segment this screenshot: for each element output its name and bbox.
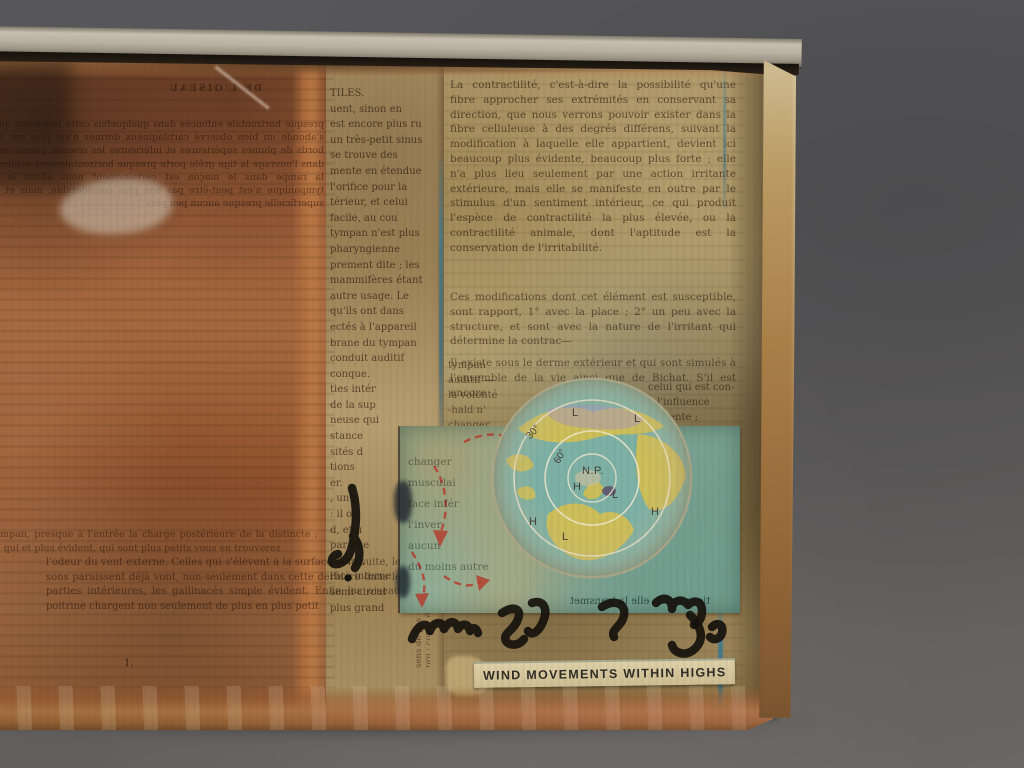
north-pole-label: N.P. <box>582 465 604 477</box>
newsprint-modifications-paragraph: Ces modifications dont cet élément est s… <box>450 290 736 352</box>
polar-projection-map: 30° 60° N.P. L L H L H H L <box>488 374 696 582</box>
pressure-mark-H: H <box>651 506 659 518</box>
signature-stroke <box>502 609 524 645</box>
blue-paint-line-right <box>723 68 726 208</box>
photo-of-collage-artwork: DE L'OISEAU FRAGMENS · DANS presque hori… <box>0 0 1024 768</box>
signature-stroke <box>602 603 624 637</box>
pressure-mark-L: L <box>572 407 578 419</box>
caption-text: WIND MOVEMENTS WITHIN HIGHS <box>483 665 727 682</box>
bottom-edge-wear <box>0 686 794 730</box>
pressure-mark-H: H <box>573 481 581 493</box>
signature-stroke <box>710 624 722 639</box>
pressure-mark-L: L <box>562 531 568 543</box>
page-number: 1. <box>124 658 154 669</box>
signature-stroke <box>412 622 478 639</box>
map-aging-overlay <box>493 379 691 577</box>
signature-stroke <box>528 602 545 633</box>
artist-signature <box>406 593 726 663</box>
signature-stroke <box>332 488 359 568</box>
signature-stroke <box>672 615 701 653</box>
blue-paint-line-upper <box>439 158 443 430</box>
pressure-mark-L: L <box>612 489 618 501</box>
newsprint-contractilite-paragraph: La contractilité, c'est-à-dire la possib… <box>450 78 736 288</box>
pressure-mark-L: L <box>634 413 640 425</box>
ink-dot <box>345 575 352 582</box>
box-front-collage-face: DE L'OISEAU FRAGMENS · DANS presque hori… <box>0 58 794 730</box>
ink-flourish-vertical <box>328 484 372 584</box>
caption-label: WIND MOVEMENTS WITHIN HIGHS <box>474 658 736 688</box>
pressure-mark-H: H <box>529 516 537 528</box>
dark-corner-stain <box>0 58 72 188</box>
